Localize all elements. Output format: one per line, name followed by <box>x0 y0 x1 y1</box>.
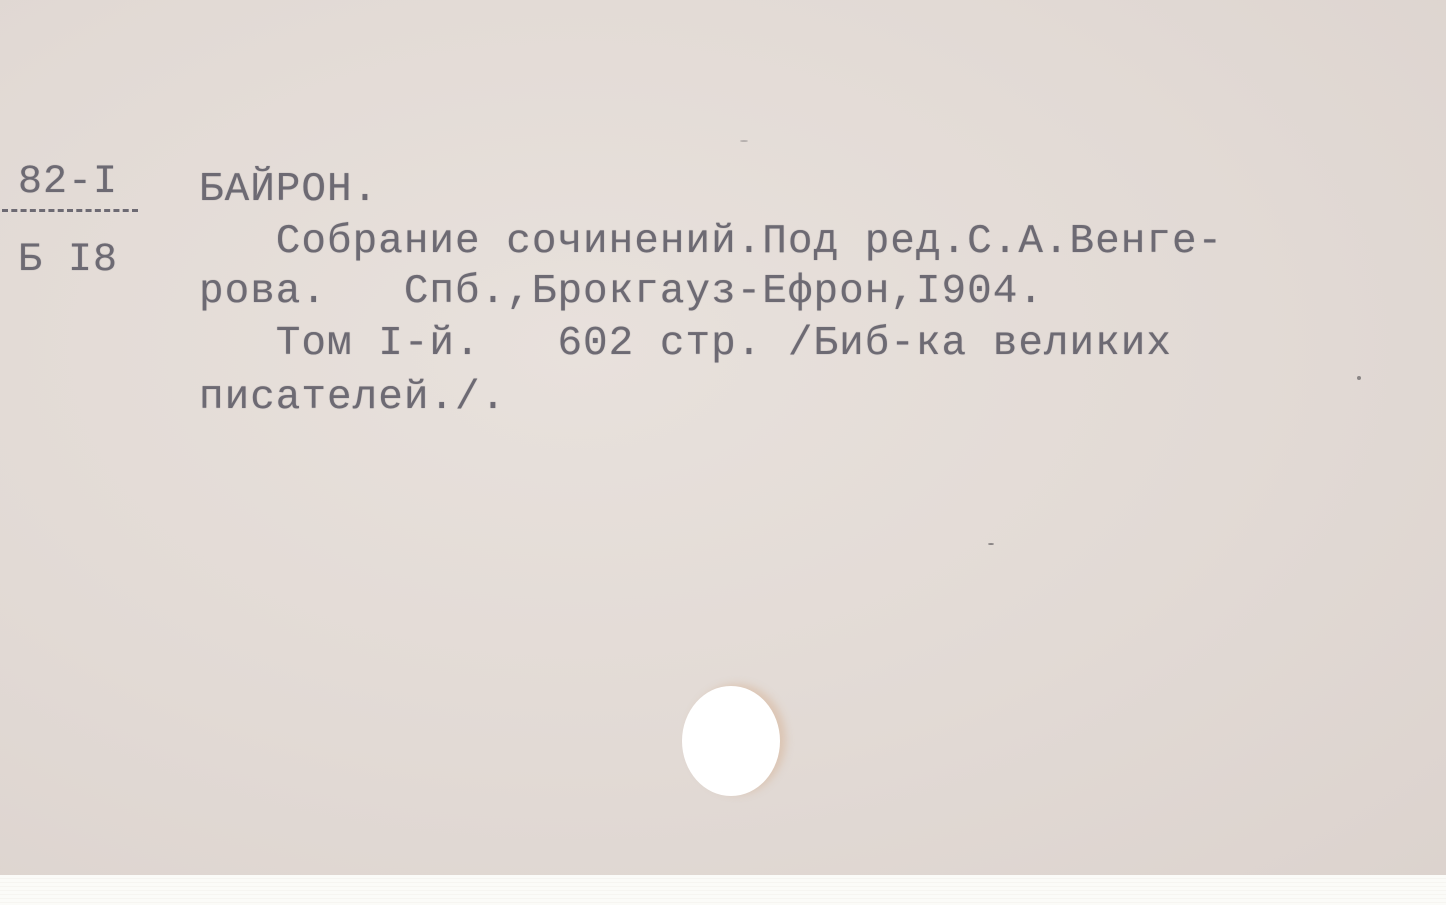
entry-volume-line: Том I-й. 602 стр. /Биб-ка великих <box>199 324 1172 365</box>
paper-speck <box>740 140 748 142</box>
paper-speck <box>988 543 994 545</box>
entry-author: БАЙРОН. <box>199 170 378 211</box>
call-number-divider <box>2 209 138 212</box>
scan-edge <box>0 875 1446 905</box>
entry-series-line: писателей./. <box>199 378 506 419</box>
catalog-card: 82-I Б I8 БАЙРОН. Собрание сочинений.Под… <box>0 0 1446 875</box>
call-number-author-mark: Б I8 <box>18 241 118 281</box>
punch-hole <box>682 686 780 796</box>
paper-speck <box>1357 376 1361 380</box>
call-number-classification: 82-I <box>18 163 118 203</box>
entry-imprint-line: рова. Спб.,Брокгауз-Ефрон,I904. <box>199 272 1044 313</box>
entry-title-line: Собрание сочинений.Под ред.С.А.Венге- <box>199 222 1223 263</box>
